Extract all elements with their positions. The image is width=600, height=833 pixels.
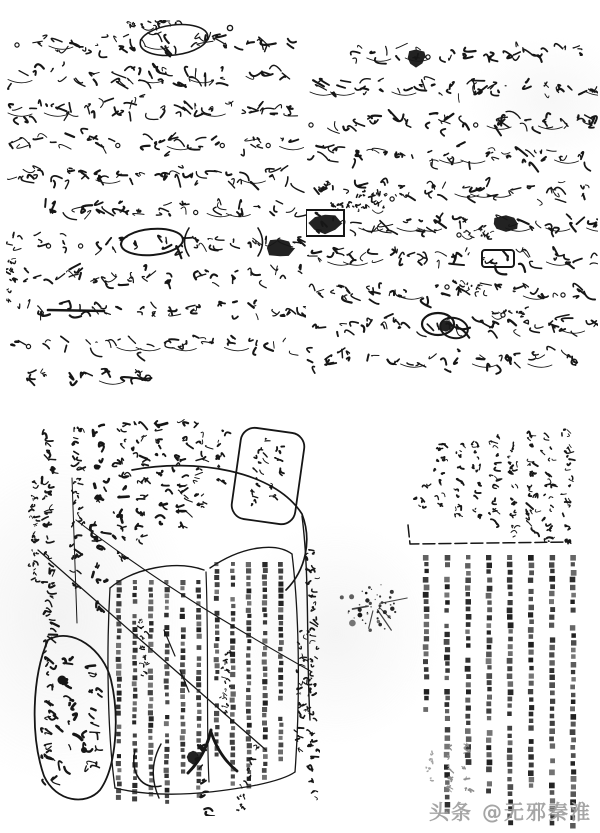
annotated-proof-art-right [330,423,598,831]
annotated-proof-art-left [14,418,320,816]
manuscript-page-top-right [306,28,598,386]
watermark: 头条 @无邪秦淮 [429,796,592,825]
scanned-manuscript-photo: 头条 @无邪秦淮 ……和执行……,……我们…… 把……起来了,我们的……就……了… [0,0,600,833]
manuscript-page-top-left [6,20,306,402]
handwriting-art-top-left [6,20,306,402]
handwriting-art-top-right [306,28,598,386]
proof-page-bottom-right [330,423,598,831]
proof-page-bottom-left [14,418,320,816]
transcript: ……和执行……,……我们…… 把……起来了,我们的……就……了一 些。任何政党,… [0,0,1,1]
